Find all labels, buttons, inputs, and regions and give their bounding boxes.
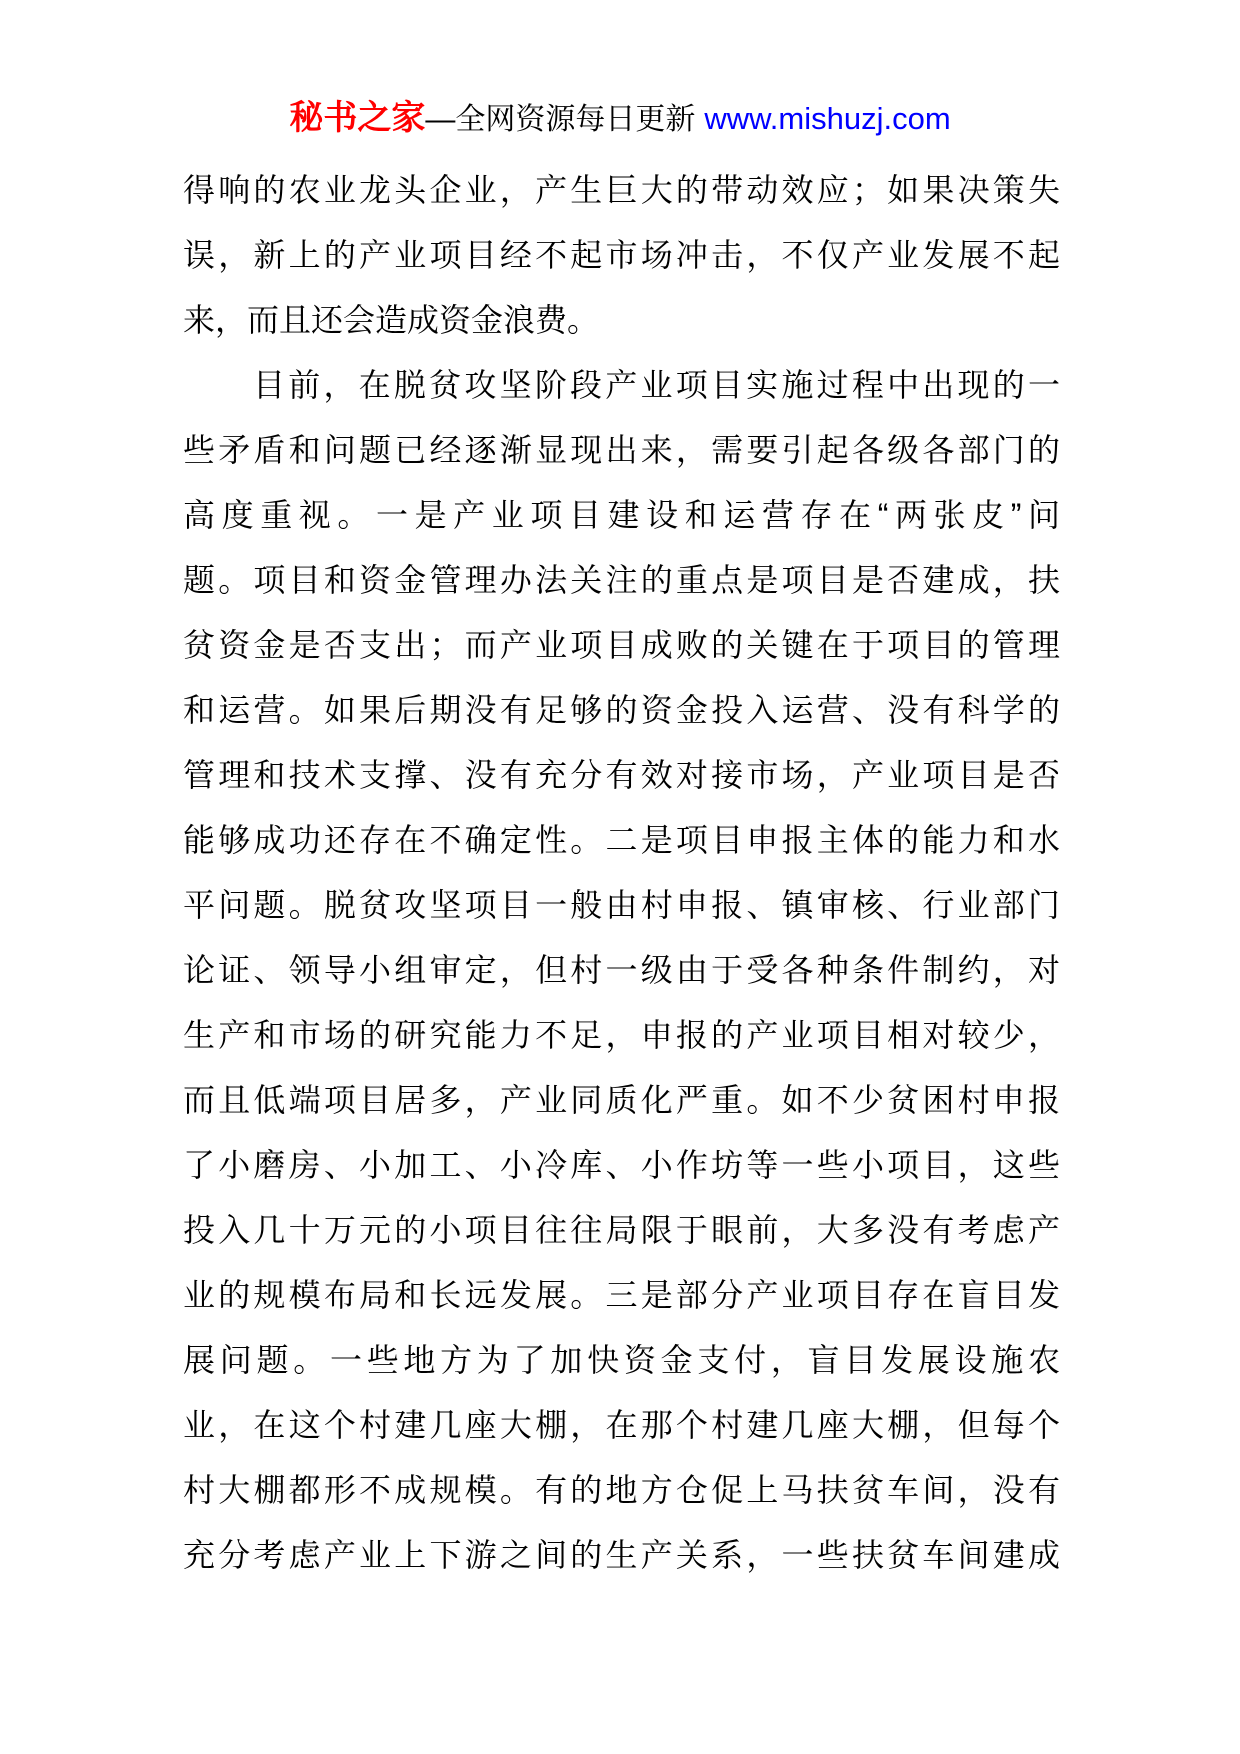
text-line: 目前，在脱贫攻坚阶段产业项目实施过程中出现的一 xyxy=(183,353,1060,418)
text-line: 村大棚都形不成规模。有的地方仓促上马扶贫车间，没有 xyxy=(183,1458,1060,1523)
document-page: 秘书之家—全网资源每日更新www.mishuzj.com 得响的农业龙头企业，产… xyxy=(0,0,1240,1754)
text-line: 高度重视。一是产业项目建设和运营存在“两张皮”问 xyxy=(183,483,1060,548)
text-line: 平问题。脱贫攻坚项目一般由村申报、镇审核、行业部门 xyxy=(183,873,1060,938)
text-line: 贫资金是否支出；而产业项目成败的关键在于项目的管理 xyxy=(183,613,1060,678)
text-line: 充分考虑产业上下游之间的生产关系，一些扶贫车间建成 xyxy=(183,1523,1060,1588)
text-line: 和运营。如果后期没有足够的资金投入运营、没有科学的 xyxy=(183,678,1060,743)
paragraph: 目前，在脱贫攻坚阶段产业项目实施过程中出现的一些矛盾和问题已经逐渐显现出来，需要… xyxy=(183,353,1060,1588)
document-body: 得响的农业龙头企业，产生巨大的带动效应；如果决策失误，新上的产业项目经不起市场冲… xyxy=(183,158,1060,1588)
text-line: 误，新上的产业项目经不起市场冲击，不仅产业发展不起 xyxy=(183,223,1060,288)
text-line: 而且低端项目居多，产业同质化严重。如不少贫困村申报 xyxy=(183,1068,1060,1133)
text-line: 投入几十万元的小项目往往局限于眼前，大多没有考虑产 xyxy=(183,1198,1060,1263)
text-line: 论证、领导小组审定，但村一级由于受各种条件制约，对 xyxy=(183,938,1060,1003)
site-tagline: 全网资源每日更新 xyxy=(455,103,695,136)
text-line: 来，而且还会造成资金浪费。 xyxy=(183,288,1060,353)
text-line: 些矛盾和问题已经逐渐显现出来，需要引起各级各部门的 xyxy=(183,418,1060,483)
paragraph: 得响的农业龙头企业，产生巨大的带动效应；如果决策失误，新上的产业项目经不起市场冲… xyxy=(183,158,1060,353)
text-line: 展问题。一些地方为了加快资金支付，盲目发展设施农 xyxy=(183,1328,1060,1393)
text-line: 能够成功还存在不确定性。二是项目申报主体的能力和水 xyxy=(183,808,1060,873)
text-line: 生产和市场的研究能力不足，申报的产业项目相对较少， xyxy=(183,1003,1060,1068)
separator-dash: — xyxy=(425,103,455,136)
text-line: 业的规模布局和长远发展。三是部分产业项目存在盲目发 xyxy=(183,1263,1060,1328)
text-line: 得响的农业龙头企业，产生巨大的带动效应；如果决策失 xyxy=(183,158,1060,223)
text-line: 题。项目和资金管理办法关注的重点是项目是否建成，扶 xyxy=(183,548,1060,613)
text-line: 管理和技术支撑、没有充分有效对接市场，产业项目是否 xyxy=(183,743,1060,808)
text-line: 了小磨房、小加工、小冷库、小作坊等一些小项目，这些 xyxy=(183,1133,1060,1198)
site-url-link[interactable]: www.mishuzj.com xyxy=(704,101,950,136)
page-header: 秘书之家—全网资源每日更新www.mishuzj.com xyxy=(0,96,1240,147)
text-line: 业，在这个村建几座大棚，在那个村建几座大棚，但每个 xyxy=(183,1393,1060,1458)
site-name: 秘书之家 xyxy=(289,99,425,137)
